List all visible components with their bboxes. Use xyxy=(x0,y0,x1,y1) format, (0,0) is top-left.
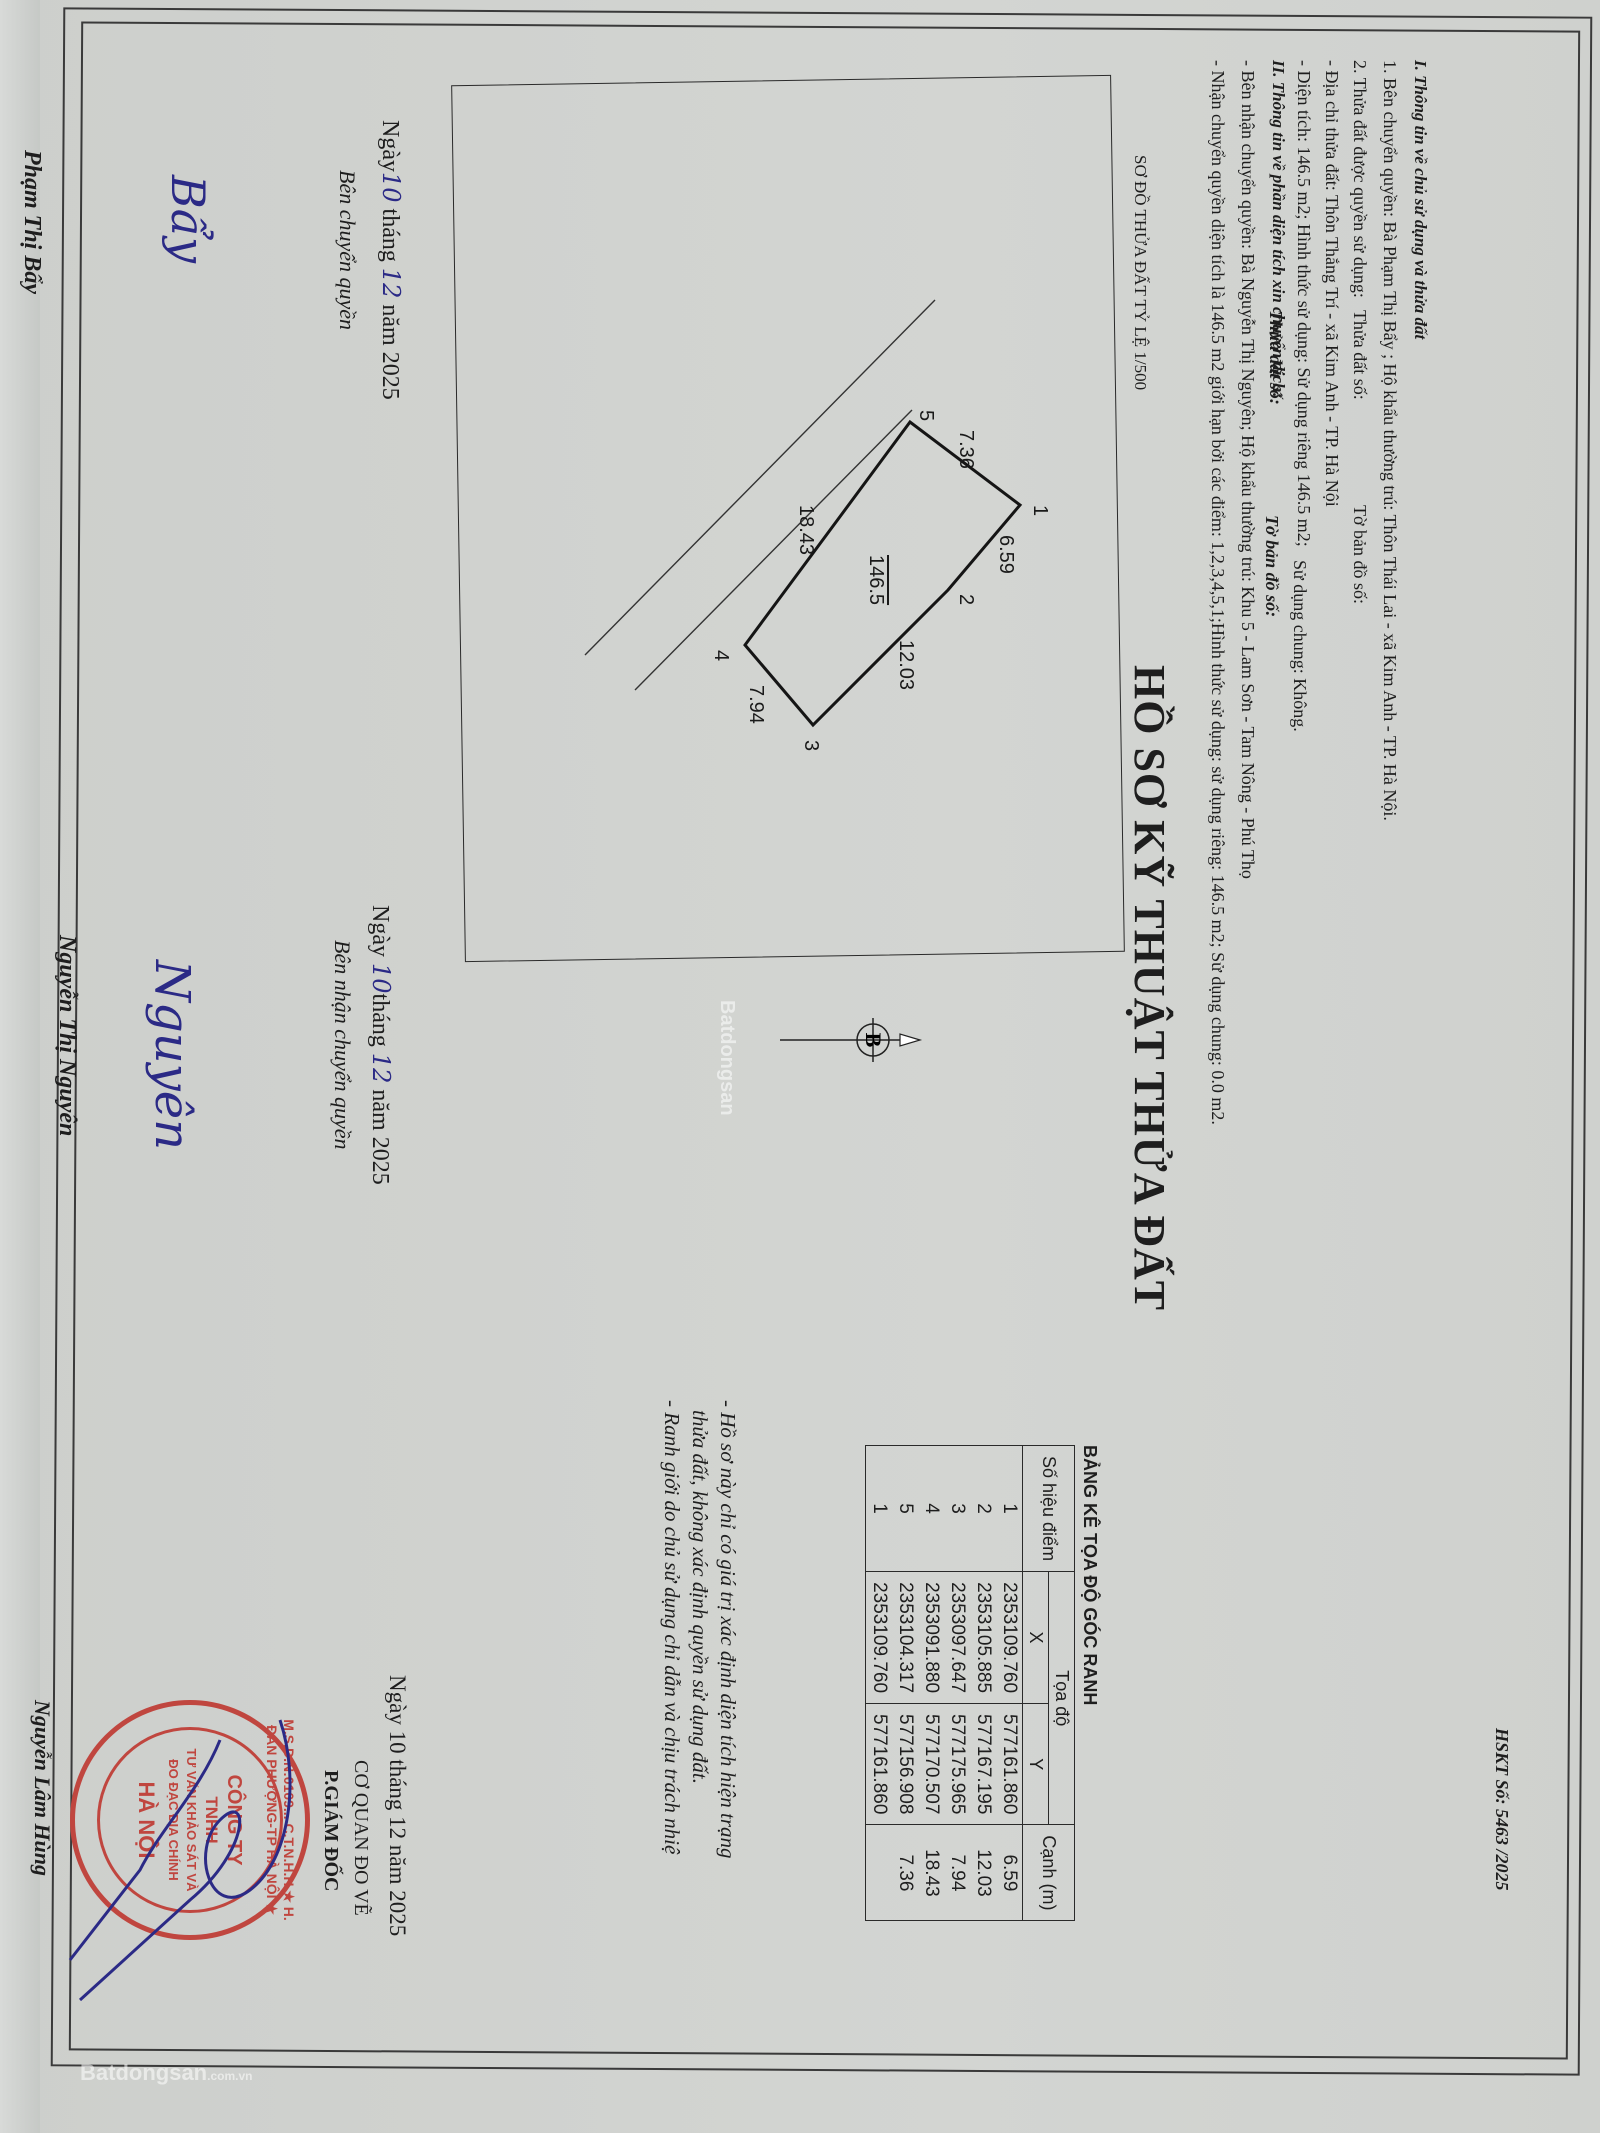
cell-x: 2353097.647 xyxy=(944,1572,970,1704)
table-row: 12353109.760577161.8606.59 xyxy=(996,1446,1023,1921)
col-coords: Tọa độ xyxy=(1049,1572,1075,1825)
edge-1-2: 6.59 xyxy=(995,535,1017,574)
table-row: 32353097.647577175.9657.94 xyxy=(944,1446,970,1921)
note-line-2: thửa đất, không xác định quyền sử dụng đ… xyxy=(687,1410,712,1784)
svg-text:B: B xyxy=(861,1033,886,1048)
edge-5-1: 7.36 xyxy=(955,430,977,469)
edge-4-5: 18.43 xyxy=(795,505,817,555)
cell-point: 4 xyxy=(918,1446,944,1572)
cell-x: 2353091.880 xyxy=(918,1572,944,1704)
cell-edge: 7.94 xyxy=(944,1825,970,1921)
col-x: X xyxy=(1023,1572,1049,1704)
transferor-signature: Bẩy xyxy=(161,175,215,263)
cell-y: 577156.908 xyxy=(892,1704,918,1825)
col-edge: Cạnh (m) xyxy=(1023,1825,1075,1921)
coords-table: Số hiệu điểm Tọa độ Cạnh (m) X Y 1235310… xyxy=(865,1445,1075,1921)
road-line xyxy=(635,410,912,690)
table-row: 22353105.885577167.19512.03 xyxy=(970,1446,996,1921)
transferor-role: Bên chuyển quyền xyxy=(334,170,360,330)
cell-x: 2353109.760 xyxy=(996,1572,1023,1704)
point-4-label: 4 xyxy=(710,650,732,661)
cell-edge: 7.36 xyxy=(892,1825,918,1921)
cell-point: 3 xyxy=(944,1446,970,1572)
cell-edge: 18.43 xyxy=(918,1825,944,1921)
point-3-label: 3 xyxy=(800,740,822,751)
table-row: 52353104.317577156.9087.36 xyxy=(892,1446,918,1921)
cell-point: 2 xyxy=(970,1446,996,1572)
agency-signer-name: Nguyễn Lâm Hùng xyxy=(29,1700,55,1876)
agency-signature xyxy=(50,1700,310,2030)
area-label: 146.5 xyxy=(865,555,887,605)
cell-edge: 12.03 xyxy=(970,1825,996,1921)
watermark-corner: Batdongsan.com.vn xyxy=(80,2060,252,2086)
cell-point: 5 xyxy=(892,1446,918,1572)
land-plot-document: HỒ SƠ KỸ THUẬT THỬA ĐẤT HSKT Số: 5463 /2… xyxy=(0,0,1600,2133)
table-row: 12353109.760577161.860 xyxy=(866,1446,893,1921)
note-line-1: - Hồ sơ này chỉ có giá trị xác định diện… xyxy=(715,1400,740,1859)
cell-y: 577161.860 xyxy=(866,1704,893,1825)
agency-date: Ngày 10 tháng 12 năm 2025 xyxy=(384,1675,410,1936)
col-y: Y xyxy=(1023,1704,1049,1825)
cell-point: 1 xyxy=(866,1446,893,1572)
cell-y: 577167.195 xyxy=(970,1704,996,1825)
cell-edge xyxy=(866,1825,893,1921)
cell-x: 2353109.760 xyxy=(866,1572,893,1704)
cell-y: 577161.860 xyxy=(996,1704,1023,1825)
north-arrow-icon: B xyxy=(780,1018,920,1062)
point-1-label: 1 xyxy=(1029,505,1051,516)
watermark-center: Batdongsan xyxy=(715,1000,738,1116)
cell-x: 2353104.317 xyxy=(892,1572,918,1704)
cell-y: 577170.507 xyxy=(918,1704,944,1825)
transferee-date: Ngày 10tháng 12 năm 2025 xyxy=(366,905,395,1185)
cell-x: 2353105.885 xyxy=(970,1572,996,1704)
edge-2-3: 12.03 xyxy=(895,640,917,690)
transferor-date: Ngày10 tháng 12 năm 2025 xyxy=(376,120,405,400)
agency-org: CƠ QUAN ĐO VẼ xyxy=(349,1760,372,1916)
table-row: 42353091.880577170.50718.43 xyxy=(918,1446,944,1921)
point-5-label: 5 xyxy=(915,410,937,421)
coords-table-title: BẢNG KÊ TỌA ĐỘ GÓC RANH xyxy=(1079,1445,1100,1705)
transferor-name: Phạm Thị Bẩy xyxy=(18,150,45,294)
note-line-3: - Ranh giới do chủ sử dụng chỉ dẫn và ch… xyxy=(659,1400,684,1854)
cell-edge: 6.59 xyxy=(996,1825,1023,1921)
cell-y: 577175.965 xyxy=(944,1704,970,1825)
col-point: Số hiệu điểm xyxy=(1023,1446,1075,1572)
point-2-label: 2 xyxy=(955,594,977,605)
agency-role: P.GIÁM ĐỐC xyxy=(319,1770,342,1891)
edge-3-4: 7.94 xyxy=(745,685,767,724)
transferee-role: Bên nhận chuyển quyền xyxy=(329,940,355,1150)
cell-point: 1 xyxy=(996,1446,1023,1572)
transferee-name: Nguyễn Thị Nguyên xyxy=(53,935,80,1136)
transferee-signature: Nguyên xyxy=(144,960,200,1150)
